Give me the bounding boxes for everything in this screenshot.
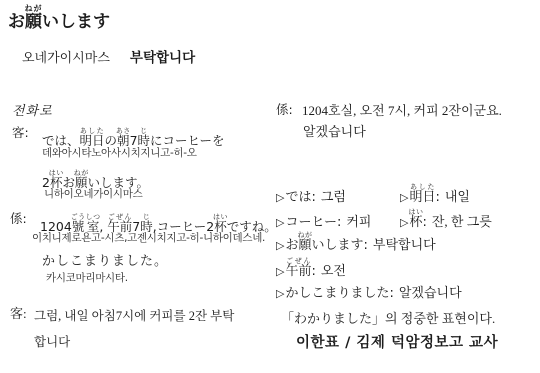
vocab-item-dewa: ▷では:그럼 (276, 181, 346, 204)
ruby-word: 願ねが (298, 238, 311, 253)
triangle-bullet-icon: ▷ (276, 191, 284, 204)
title-kanji: 願 (25, 12, 43, 32)
vocab-separator: : (311, 190, 315, 205)
korean-transliteration: 데와아시타노아사시치지니고-히-오 (42, 145, 197, 160)
korean-transliteration: 카시코마리마시타. (46, 270, 128, 285)
vocab-item-ashita: ▷明日あした:내일 (400, 181, 470, 204)
korean-transliteration: 니하이오네가이시마스 (44, 186, 142, 201)
speaker-label-clerk: 係: (276, 100, 302, 119)
vocab-item-coffee: ▷コーヒー:커피 (276, 206, 371, 229)
furigana: あした (80, 127, 105, 135)
korean-translation-line2: 합니다 (34, 335, 70, 349)
vocab-ko: 내일 (445, 189, 470, 204)
vocab-ko: 잔, 한 그릇 (432, 214, 492, 229)
vocab-separator: : (435, 190, 439, 205)
section-heading-phone: 전화로 (12, 100, 53, 119)
triangle-bullet-icon: ▷ (276, 239, 284, 252)
triangle-bullet-icon: ▷ (276, 216, 284, 229)
dialogue-line-customer-ko: 客: 그럼, 내일 아침7시에 커피를 2잔 부탁 합니다 (10, 303, 272, 355)
vocab-item-kashikomarimashita: ▷かしこまりました:알겠습니다 (276, 286, 462, 300)
vocab-jp: コーヒー (285, 215, 336, 230)
vocab-separator: : (422, 215, 426, 230)
usage-note: 「わかりました」의 정중한 표현이다. (281, 308, 495, 327)
ruby-word: 杯はい (409, 215, 422, 230)
vocab-separator: : (337, 215, 341, 230)
vocab-jp: いします (312, 238, 364, 253)
title-furigana: ねが (25, 4, 43, 13)
vocab-separator: : (389, 286, 393, 301)
author-credit: 이한표 / 김제 덕암정보고 교사 (296, 331, 498, 352)
korean-translation: 그럼, 내일 아침7시에 커피를 2잔 부탁 합니다 (34, 303, 234, 355)
furigana: じ (138, 127, 151, 135)
dialogue-line-customer-jp: 客: では、明日あしたの朝あさ7時じにコーヒーを (12, 118, 225, 148)
furigana: じ (140, 213, 153, 221)
vocab-item-gozen: ▷午前ごぜん:오전 (276, 255, 346, 278)
furigana: あさ (116, 127, 131, 135)
korean-translation-line1: 그럼, 내일 아침7시에 커피를 2잔 부탁 (34, 309, 234, 323)
vocab-ko: 커피 (346, 214, 371, 229)
vocab-jp: かしこまりました (285, 286, 389, 301)
vocab-jp: 明日 (409, 190, 435, 205)
title-text-pre: お (8, 12, 25, 32)
furigana: ごうしつ (71, 213, 101, 221)
furigana: はい (408, 208, 423, 216)
page-title: お願ねがいします (8, 4, 110, 31)
speaker-label-customer: 客: (12, 127, 42, 148)
vocab-item-onegaishimasu: ▷お願ねがいします:부탁합니다 (276, 229, 436, 252)
title-reading-korean: 오네가이시마스 (22, 50, 110, 65)
korean-translation-line1: 1204호실, 오전 7시, 커피 2잔이군요. (302, 100, 502, 119)
vocab-ko: 부탁합니다 (373, 237, 436, 252)
title-block: お願ねがいします (8, 4, 110, 31)
vocab-jp: 午前 (285, 264, 311, 279)
furigana: はい (49, 169, 64, 177)
vocab-ko: 오전 (321, 263, 346, 278)
vocab-jp: では (285, 190, 311, 205)
title-text-post: いします (42, 12, 110, 32)
vocab-jp: 願 (298, 238, 313, 253)
triangle-bullet-icon: ▷ (400, 191, 408, 204)
vocab-item-hai: ▷杯はい:잔, 한 그릇 (400, 206, 492, 229)
furigana: ごぜん (107, 213, 132, 221)
korean-translation-line2: 알겠습니다 (303, 121, 366, 140)
dialogue-line-clerk-ko: 係: 1204호실, 오전 7시, 커피 2잔이군요. (276, 100, 502, 119)
lesson-page: お願ねがいします 오네가이시마스부탁합니다 전화로 客: では、明日あしたの朝あ… (0, 0, 540, 373)
dialogue-line-clerk-jp-2: かしこまりました。 (42, 250, 168, 269)
furigana: ごぜん (285, 257, 311, 265)
triangle-bullet-icon: ▷ (276, 287, 284, 300)
furigana: はい (213, 213, 228, 221)
title-meaning-korean: 부탁합니다 (130, 50, 195, 66)
furigana: あした (409, 183, 435, 191)
title-ruby-word: 願ねが (25, 12, 42, 32)
title-subtitle: 오네가이시마스부탁합니다 (22, 46, 195, 66)
korean-transliteration: 이치니제로욘고-시츠,고젠시치지고-히-니하이데스네. (32, 230, 265, 245)
vocab-ko: 알겠습니다 (399, 285, 462, 300)
speaker-label-customer: 客: (10, 303, 34, 355)
ruby-word: 午前ごぜん (285, 264, 311, 279)
triangle-bullet-icon: ▷ (276, 265, 284, 278)
ruby-word: 明日あした (409, 190, 435, 205)
vocab-separator: : (311, 264, 315, 279)
furigana: ねが (74, 169, 89, 177)
furigana: ねが (298, 231, 313, 239)
vocab-ko: 그럼 (321, 189, 346, 204)
vocab-separator: : (364, 238, 368, 253)
